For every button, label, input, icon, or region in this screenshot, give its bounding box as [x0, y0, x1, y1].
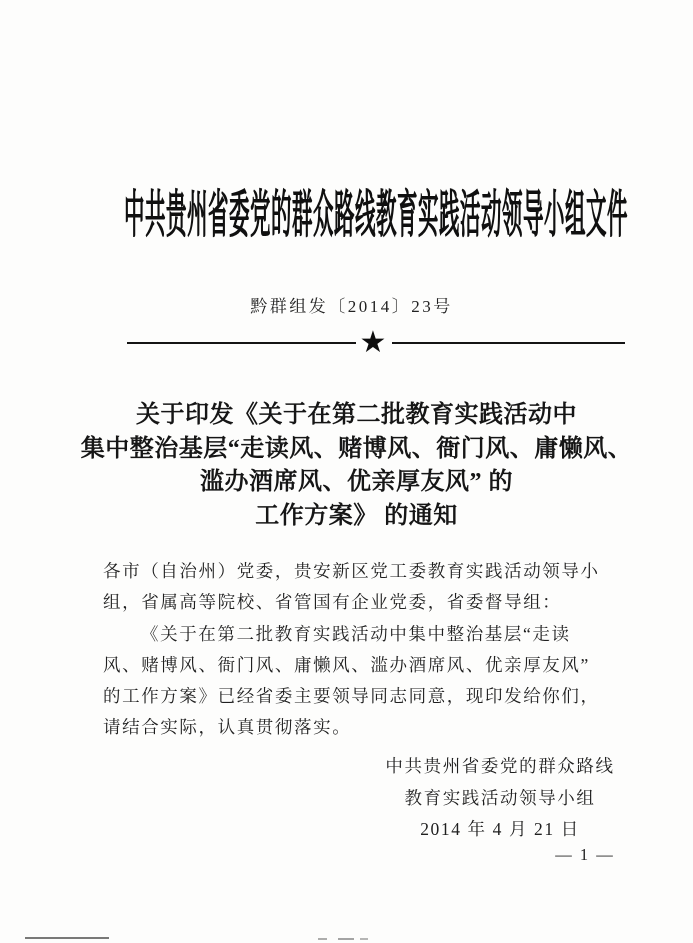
paragraph-line-3: 的工作方案》已经省委主要领导同志同意，现印发给你们，: [103, 681, 623, 712]
document-title-line-3: 滥办酒席风、优亲厚友风” 的: [10, 466, 693, 500]
paragraph-line-4: 请结合实际，认真贯彻落实。: [103, 712, 623, 743]
separator-rule-right: [392, 342, 625, 344]
document-title-line-1: 关于印发《关于在第二批教育实践活动中: [10, 399, 693, 433]
issuing-org-title: 中共贵州省委党的群众路线教育实践活动领导小组文件: [124, 172, 628, 247]
document-body: 各市（自治州）党委，贵安新区党工委教育实践活动领导小 组，省属高等院校、省管国有…: [103, 556, 623, 744]
scan-artifact-mark: [338, 938, 354, 940]
document-title-line-4: 工作方案》 的通知: [10, 500, 693, 534]
paragraph-line-1: 《关于在第二批教育实践活动中集中整治基层“走读: [103, 619, 623, 650]
scan-artifact-mark: [318, 938, 327, 940]
document-page: 中共贵州省委党的群众路线教育实践活动领导小组文件 黔群组发〔2014〕23号 ★…: [0, 0, 693, 943]
document-title-line-2: 集中整治基层“走读风、赌博风、衙门风、庸懒风、: [10, 433, 693, 467]
salutation-line-1: 各市（自治州）党委，贵安新区党工委教育实践活动领导小: [103, 556, 623, 587]
salutation-line-2: 组，省属高等院校、省管国有企业党委，省委督导组：: [103, 587, 623, 618]
page-number: — 1 —: [543, 845, 627, 865]
star-icon: ★: [348, 326, 398, 360]
document-header-banner: 中共贵州省委党的群众路线教育实践活动领导小组文件: [118, 172, 634, 232]
scan-artifact-line: [25, 937, 109, 939]
paragraph-line-2: 风、赌博风、衙门风、庸懒风、滥办酒席风、优亲厚友风”: [103, 650, 623, 681]
signature-org-line-1: 中共贵州省委党的群众路线: [350, 751, 650, 783]
signature-block: 中共贵州省委党的群众路线 教育实践活动领导小组 2014 年 4 月 21 日: [350, 751, 650, 846]
signature-date: 2014 年 4 月 21 日: [350, 814, 650, 846]
document-title: 关于印发《关于在第二批教育实践活动中 集中整治基层“走读风、赌博风、衙门风、庸懒…: [10, 399, 693, 533]
separator-rule-left: [127, 342, 356, 344]
document-number: 黔群组发〔2014〕23号: [5, 292, 693, 317]
signature-org-line-2: 教育实践活动领导小组: [350, 783, 650, 815]
scan-artifact-mark: [360, 938, 368, 940]
